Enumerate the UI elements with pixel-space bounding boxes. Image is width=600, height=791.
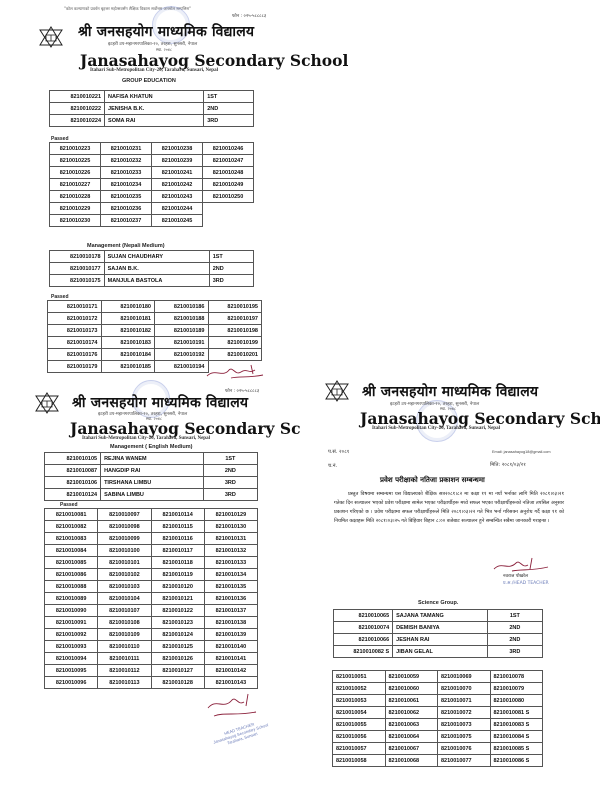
rank-cell: 1ST <box>203 453 257 465</box>
passed-row: 8210010095821001011282100101278210010142 <box>45 665 258 677</box>
passed-row: 8210010172821001018182100101888210010197 <box>48 313 262 325</box>
roll-number-cell: 8210010125 <box>151 641 204 653</box>
science-passed-table: 8210010051821001005982100100698210010078… <box>332 670 543 767</box>
head-teacher-stamp: HEAD TEACHER Janasahayog Secondary Schoo… <box>211 718 270 750</box>
roll-number-cell: 8210010229 <box>50 203 101 215</box>
roll-number-cell: 8210010225 <box>50 155 101 167</box>
roll-number-cell: 8210010139 <box>204 629 257 641</box>
roll-number-cell: 8210010120 <box>151 581 204 593</box>
school-phone: फोन : ०२५-५८८८८३ <box>232 13 266 19</box>
passed-row: 8210010173821001018282100101898210010198 <box>48 325 262 337</box>
roll-number-cell: 8210010233 <box>101 167 152 179</box>
passed-row: 8210010083821001009982100101168210010131 <box>45 533 258 545</box>
management-nepali-toppers-table: 8210010178SUJAN CHAUDHARY1ST8210010177SA… <box>49 250 254 287</box>
roll-number-cell: 8210010083 <box>45 533 98 545</box>
topper-row: 8210010178SUJAN CHAUDHARY1ST <box>50 251 254 263</box>
roll-number-cell: 8210010230 <box>50 215 101 227</box>
roll-number-cell: 8210010132 <box>204 545 257 557</box>
passed-row: 8210010081821001009782100101148210010129 <box>45 509 258 521</box>
topper-row: 8210010224SOMA RAI3RD <box>50 115 254 127</box>
roll-number-cell: 8210010086 <box>45 569 98 581</box>
roll-number-cell: 8210010073 <box>438 719 491 731</box>
roll-number-cell: 8210010180 <box>101 301 155 313</box>
rank-cell: 3RD <box>203 489 257 501</box>
rank-cell: 2ND <box>487 634 542 646</box>
student-name-cell: MANJULA BASTOLA <box>104 275 209 287</box>
passed-row: 8210010227821001023482100102428210010249 <box>50 179 254 191</box>
roll-number-cell: 8210010116 <box>151 533 204 545</box>
roll-number-cell: 8210010239 <box>152 155 203 167</box>
roll-number-cell: 8210010069 <box>438 671 491 683</box>
roll-number-cell <box>203 215 254 227</box>
roll-number-cell: 8210010090 <box>45 605 98 617</box>
topper-row: 8210010074DEMISH BANIYA2ND <box>334 622 543 634</box>
passed-row: 8210010054821001006282100100728210010081… <box>333 707 543 719</box>
rank-cell: 1ST <box>204 91 254 103</box>
roll-number-cell: 8210010138 <box>204 617 257 629</box>
roll-number-cell: 8210010224 <box>50 115 105 127</box>
passed-row: 8210010225821001023282100102398210010247 <box>50 155 254 167</box>
school-letterhead: फोन : ०२५-५८८८८३ श्री जनसहयोग माध्यमिक व… <box>0 380 300 440</box>
roll-number-cell: 8210010058 <box>333 755 386 767</box>
roll-number-cell: 8210010201 <box>208 349 262 361</box>
school-address-english: Itahari Sub-Metropolitan City-20, Taraha… <box>90 68 218 73</box>
roll-number-cell: 8210010059 <box>385 671 438 683</box>
roll-number-cell: 8210010057 <box>333 743 386 755</box>
roll-number-cell: 8210010064 <box>385 731 438 743</box>
roll-number-cell: 8210010062 <box>385 707 438 719</box>
topper-row: 8210010105REJINA WANEM1ST <box>45 453 258 465</box>
passed-row: 8210010228821001023582100102438210010250 <box>50 191 254 203</box>
roll-number-cell: 8210010181 <box>101 313 155 325</box>
student-name-cell: REJINA WANEM <box>101 453 204 465</box>
rank-cell: 1ST <box>487 610 542 622</box>
roll-number-cell: 8210010231 <box>101 143 152 155</box>
roll-number-cell: 8210010076 <box>438 743 491 755</box>
school-email: Email: janasahayog18@gmail.com <box>492 450 551 454</box>
section-title-education: GROUP EDUCATION <box>122 78 176 84</box>
roll-number-cell: 8210010081 S <box>490 707 543 719</box>
roll-number-cell: 8210010127 <box>151 665 204 677</box>
school-address-nepali: इटहरी उप-महानगरपालिका-२०, तरहरा, सुनसरी,… <box>98 411 187 417</box>
roll-number-cell: 8210010105 <box>45 453 101 465</box>
roll-number-cell: 8210010123 <box>151 617 204 629</box>
roll-number-cell: 8210010175 <box>50 275 105 287</box>
roll-number-cell: 8210010070 <box>438 683 491 695</box>
school-name-nepali: श्री जनसहयोग माध्यमिक विद्यालय <box>72 393 248 412</box>
roll-number-cell: 8210010121 <box>151 593 204 605</box>
topper-row: 8210010124SABINA LIMBU3RD <box>45 489 258 501</box>
roll-number-cell: 8210010080 <box>490 695 543 707</box>
management-english-passed-table: 8210010081821001009782100101148210010129… <box>44 508 258 689</box>
roll-number-cell: 8210010071 <box>438 695 491 707</box>
topper-row: 8210010066JESHAN RAI2ND <box>334 634 543 646</box>
roll-number-cell: 8210010106 <box>45 477 101 489</box>
roll-number-cell: 8210010107 <box>98 605 151 617</box>
passed-row: 8210010053821001006182100100718210010080 <box>333 695 543 707</box>
roll-number-cell: 8210010247 <box>203 155 254 167</box>
star-book-emblem-icon <box>324 380 350 402</box>
signer-title: प्र.अ./HEAD TEACHER <box>503 580 549 586</box>
passed-row: 8210010226821001023382100102418210010248 <box>50 167 254 179</box>
roll-number-cell: 8210010131 <box>204 533 257 545</box>
student-name-cell: DEMISH BANIYA <box>393 622 488 634</box>
topper-row: 8210010221NAFISA KHATUN1ST <box>50 91 254 103</box>
roll-number-cell: 8210010249 <box>203 179 254 191</box>
roll-number-cell: 8210010246 <box>203 143 254 155</box>
school-address-nepali: इटहरी उप-महानगरपालिका-२०, तरहरा, सुनसरी,… <box>390 401 479 407</box>
letter-subject: प्रवेश परीक्षाको नतिजा प्रकाशन सम्बन्धमा <box>380 476 485 485</box>
student-name-cell: SOMA RAI <box>105 115 204 127</box>
roll-number-cell: 8210010250 <box>203 191 254 203</box>
roll-number-cell: 8210010182 <box>101 325 155 337</box>
roll-number-cell: 8210010221 <box>50 91 105 103</box>
passed-row: 8210010052821001006082100100708210010079 <box>333 683 543 695</box>
roll-number-cell: 8210010108 <box>98 617 151 629</box>
rank-cell: 3RD <box>204 115 254 127</box>
roll-number-cell: 8210010137 <box>204 605 257 617</box>
topper-row: 8210010222JENISHA B.K.2ND <box>50 103 254 115</box>
roll-number-cell: 8210010174 <box>48 337 102 349</box>
roll-number-cell: 8210010244 <box>152 203 203 215</box>
roll-number-cell: 8210010078 <box>490 671 543 683</box>
roll-number-cell: 8210010141 <box>204 653 257 665</box>
school-name-nepali: श्री जनसहयोग माध्यमिक विद्यालय <box>78 22 254 41</box>
rank-cell: 3RD <box>487 646 542 658</box>
roll-number-cell: 8210010171 <box>48 301 102 313</box>
passed-row: 8210010094821001011182100101268210010141 <box>45 653 258 665</box>
roll-number-cell: 8210010133 <box>204 557 257 569</box>
roll-number-cell: 8210010061 <box>385 695 438 707</box>
roll-number-cell: 8210010068 <box>385 755 438 767</box>
result-page-management-english: फोन : ०२५-५८८८८३ श्री जनसहयोग माध्यमिक व… <box>0 380 300 791</box>
roll-number-cell: 8210010051 <box>333 671 386 683</box>
roll-number-cell: 8210010099 <box>98 533 151 545</box>
roll-number-cell: 8210010081 <box>45 509 98 521</box>
education-passed-table: 8210010223821001023182100102388210010246… <box>49 142 254 227</box>
rank-cell: 3RD <box>203 477 257 489</box>
roll-number-cell: 8210010237 <box>101 215 152 227</box>
star-book-emblem-icon <box>38 26 64 48</box>
school-letterhead: श्री जनसहयोग माध्यमिक विद्यालय इटहरी उप-… <box>300 370 600 440</box>
roll-number-cell: 8210010184 <box>101 349 155 361</box>
roll-number-cell: 8210010124 <box>151 629 204 641</box>
roll-number-cell: 8210010192 <box>155 349 209 361</box>
roll-number-cell: 8210010086 S <box>490 755 543 767</box>
roll-number-cell: 8210010198 <box>208 325 262 337</box>
school-name-nepali: श्री जनसहयोग माध्यमिक विद्यालय <box>362 382 538 401</box>
roll-number-cell: 8210010089 <box>45 593 98 605</box>
roll-number-cell: 8210010093 <box>45 641 98 653</box>
science-toppers-table: 8210010065SAJANA TAMANG1ST8210010074DEMI… <box>333 609 543 658</box>
roll-number-cell: 8210010143 <box>204 677 257 689</box>
rank-cell: 2ND <box>204 103 254 115</box>
roll-number-cell: 8210010194 <box>155 361 209 373</box>
roll-number-cell: 8210010113 <box>98 677 151 689</box>
passed-row: 8210010171821001018082100101868210010195 <box>48 301 262 313</box>
passed-row: 8210010082821001009882100101158210010130 <box>45 521 258 533</box>
star-book-emblem-icon <box>34 392 60 414</box>
student-name-cell: SAJAN B.K. <box>104 263 209 275</box>
roll-number-cell: 8210010082 <box>45 521 98 533</box>
roll-number-cell <box>203 203 254 215</box>
roll-number-cell: 8210010098 <box>98 521 151 533</box>
student-name-cell: NAFISA KHATUN <box>105 91 204 103</box>
roll-number-cell: 8210010128 <box>151 677 204 689</box>
roll-number-cell: 8210010052 <box>333 683 386 695</box>
rank-cell: 1ST <box>209 251 253 263</box>
passed-row: 8210010093821001011082100101258210010140 <box>45 641 258 653</box>
rank-cell: 3RD <box>209 275 253 287</box>
topper-row: 8210010106TIRSHANA LIMBU3RD <box>45 477 258 489</box>
roll-number-cell: 8210010177 <box>50 263 105 275</box>
roll-number-cell: 8210010241 <box>152 167 203 179</box>
roll-number-cell: 8210010084 <box>45 545 98 557</box>
roll-number-cell: 8210010140 <box>204 641 257 653</box>
roll-number-cell: 8210010094 <box>45 653 98 665</box>
management-english-toppers-table: 8210010105REJINA WANEM1ST8210010087HANGD… <box>44 452 258 501</box>
roll-number-cell: 8210010074 <box>334 622 393 634</box>
roll-number-cell: 8210010186 <box>155 301 209 313</box>
roll-number-cell: 8210010188 <box>155 313 209 325</box>
roll-number-cell: 8210010083 S <box>490 719 543 731</box>
signature <box>205 362 275 382</box>
roll-number-cell: 8210010085 S <box>490 743 543 755</box>
passed-row: 8210010085821001010182100101188210010133 <box>45 557 258 569</box>
passed-row: 8210010174821001018382100101918210010199 <box>48 337 262 349</box>
result-notice-page-science: श्री जनसहयोग माध्यमिक विद्यालय इटहरी उप-… <box>300 370 600 791</box>
student-name-cell: TIRSHANA LIMBU <box>101 477 204 489</box>
roll-number-cell: 8210010189 <box>155 325 209 337</box>
roll-number-cell: 8210010065 <box>334 610 393 622</box>
passed-row: 8210010057821001006782100100768210010085… <box>333 743 543 755</box>
student-name-cell: JENISHA B.K. <box>105 103 204 115</box>
roll-number-cell: 8210010179 <box>48 361 102 373</box>
roll-number-cell: 8210010077 <box>438 755 491 767</box>
letter-body: प्रस्तुत विषयमा सम्बन्धमा यस विद्यालयको … <box>334 490 564 526</box>
student-name-cell: JESHAN RAI <box>393 634 488 646</box>
passed-row: 8210010084821001010082100101178210010132 <box>45 545 258 557</box>
passed-row: 8210010096821001011382100101288210010143 <box>45 677 258 689</box>
roll-number-cell: 8210010060 <box>385 683 438 695</box>
rank-cell: 2ND <box>203 465 257 477</box>
roll-number-cell: 8210010136 <box>204 593 257 605</box>
roll-number-cell: 8210010114 <box>151 509 204 521</box>
roll-number-cell: 8210010087 <box>45 465 101 477</box>
roll-number-cell: 8210010095 <box>45 665 98 677</box>
roll-number-cell: 8210010088 <box>45 581 98 593</box>
rank-cell: 2ND <box>487 622 542 634</box>
roll-number-cell: 8210010085 <box>45 557 98 569</box>
passed-row: 8210010092821001010982100101248210010139 <box>45 629 258 641</box>
result-page-education-management-nepali: "कोल कल्याणको प्रवर्धन बृहत्तर महोत्सवसँ… <box>0 0 300 380</box>
dispatch-number: च.नं. <box>328 463 337 469</box>
roll-number-cell: 8210010082 S <box>334 646 393 658</box>
student-name-cell: HANGDIP RAI <box>101 465 204 477</box>
roll-number-cell: 8210010234 <box>101 179 152 191</box>
roll-number-cell: 8210010053 <box>333 695 386 707</box>
roll-number-cell: 8210010100 <box>98 545 151 557</box>
roll-number-cell: 8210010055 <box>333 719 386 731</box>
passed-row: 8210010056821001006482100100758210010084… <box>333 731 543 743</box>
student-name-cell: JIBAN GELAL <box>393 646 488 658</box>
roll-number-cell: 8210010115 <box>151 521 204 533</box>
roll-number-cell: 8210010072 <box>438 707 491 719</box>
roll-number-cell: 8210010134 <box>204 569 257 581</box>
roll-number-cell: 8210010223 <box>50 143 101 155</box>
roll-number-cell: 8210010222 <box>50 103 105 115</box>
roll-number-cell: 8210010191 <box>155 337 209 349</box>
roll-number-cell: 8210010232 <box>101 155 152 167</box>
school-address-nepali: इटहरी उप-महानगरपालिका-२०, तरहरा, सुनसरी,… <box>108 41 197 47</box>
passed-row: 8210010089821001010482100101218210010136 <box>45 593 258 605</box>
roll-number-cell: 8210010195 <box>208 301 262 313</box>
passed-row: 8210010086821001010282100101198210010134 <box>45 569 258 581</box>
roll-number-cell: 8210010235 <box>101 191 152 203</box>
passed-row: 8210010058821001006882100100778210010086… <box>333 755 543 767</box>
roll-number-cell: 8210010183 <box>101 337 155 349</box>
roll-number-cell: 8210010172 <box>48 313 102 325</box>
topper-row: 8210010175MANJULA BASTOLA3RD <box>50 275 254 287</box>
roll-number-cell: 8210010066 <box>334 634 393 646</box>
signature <box>492 557 552 573</box>
roll-number-cell: 8210010245 <box>152 215 203 227</box>
roll-number-cell: 8210010176 <box>48 349 102 361</box>
student-name-cell: SAJANA TAMANG <box>393 610 488 622</box>
roll-number-cell: 8210010238 <box>152 143 203 155</box>
roll-number-cell: 8210010126 <box>151 653 204 665</box>
section-title-management-english: Management ( English Medium) <box>110 444 193 450</box>
roll-number-cell: 8210010243 <box>152 191 203 203</box>
school-address-english: Itahari Sub-Metropolitan City-20, Taraha… <box>82 436 210 441</box>
roll-number-cell: 8210010117 <box>151 545 204 557</box>
roll-number-cell: 8210010063 <box>385 719 438 731</box>
signature <box>206 692 266 720</box>
roll-number-cell: 8210010135 <box>204 581 257 593</box>
passed-row: 8210010051821001005982100100698210010078 <box>333 671 543 683</box>
roll-number-cell: 8210010097 <box>98 509 151 521</box>
roll-number-cell: 8210010092 <box>45 629 98 641</box>
roll-number-cell: 8210010084 S <box>490 731 543 743</box>
topper-row: 8210010065SAJANA TAMANG1ST <box>334 610 543 622</box>
education-toppers-table: 8210010221NAFISA KHATUN1ST8210010222JENI… <box>49 90 254 127</box>
roll-number-cell: 8210010236 <box>101 203 152 215</box>
reference-number: प.सं. २०८१ <box>328 449 349 455</box>
roll-number-cell: 8210010248 <box>203 167 254 179</box>
roll-number-cell: 8210010185 <box>101 361 155 373</box>
roll-number-cell: 8210010118 <box>151 557 204 569</box>
roll-number-cell: 8210010173 <box>48 325 102 337</box>
roll-number-cell: 8210010228 <box>50 191 101 203</box>
passed-row: 8210010090821001010782100101228210010137 <box>45 605 258 617</box>
roll-number-cell: 8210010091 <box>45 617 98 629</box>
roll-number-cell: 8210010226 <box>50 167 101 179</box>
passed-row: 8210010223821001023182100102388210010246 <box>50 143 254 155</box>
roll-number-cell: 8210010119 <box>151 569 204 581</box>
topper-row: 8210010177SAJAN B.K.2ND <box>50 263 254 275</box>
roll-number-cell: 8210010110 <box>98 641 151 653</box>
student-name-cell: SUJAN CHAUDHARY <box>104 251 209 263</box>
school-letterhead: "कोल कल्याणको प्रवर्धन बृहत्तर महोत्सवसँ… <box>0 0 300 72</box>
passed-row: 8210010055821001006382100100738210010083… <box>333 719 543 731</box>
signer-name: नवराज पोखरेल <box>503 573 528 579</box>
roll-number-cell: 8210010104 <box>98 593 151 605</box>
roll-number-cell: 8210010112 <box>98 665 151 677</box>
roll-number-cell: 8210010111 <box>98 653 151 665</box>
roll-number-cell: 8210010178 <box>50 251 105 263</box>
roll-number-cell: 8210010101 <box>98 557 151 569</box>
roll-number-cell: 8210010199 <box>208 337 262 349</box>
roll-number-cell: 8210010197 <box>208 313 262 325</box>
school-address-english: Itahari Sub-Metropolitan City-20, Taraha… <box>372 426 500 431</box>
section-title-management-nepali: Management (Nepali Medium) <box>87 243 165 249</box>
roll-number-cell: 8210010129 <box>204 509 257 521</box>
roll-number-cell: 8210010056 <box>333 731 386 743</box>
roll-number-cell: 8210010102 <box>98 569 151 581</box>
passed-row: 821001022982100102368210010244 <box>50 203 254 215</box>
roll-number-cell: 8210010103 <box>98 581 151 593</box>
roll-number-cell: 8210010079 <box>490 683 543 695</box>
roll-number-cell: 8210010242 <box>152 179 203 191</box>
letter-date: मिति: २०८१/०३/२१ <box>490 462 526 468</box>
roll-number-cell: 8210010122 <box>151 605 204 617</box>
roll-number-cell: 8210010227 <box>50 179 101 191</box>
topper-row: 8210010087HANGDIP RAI2ND <box>45 465 258 477</box>
topper-row: 8210010082 SJIBAN GELAL3RD <box>334 646 543 658</box>
roll-number-cell: 8210010109 <box>98 629 151 641</box>
roll-number-cell: 8210010096 <box>45 677 98 689</box>
student-name-cell: SABINA LIMBU <box>101 489 204 501</box>
passed-row: 821001023082100102378210010245 <box>50 215 254 227</box>
roll-number-cell: 8210010054 <box>333 707 386 719</box>
passed-row: 8210010176821001018482100101928210010201 <box>48 349 262 361</box>
roll-number-cell: 8210010124 <box>45 489 101 501</box>
roll-number-cell: 8210010142 <box>204 665 257 677</box>
roll-number-cell: 8210010067 <box>385 743 438 755</box>
passed-row: 8210010091821001010882100101238210010138 <box>45 617 258 629</box>
section-title-science: Science Group. <box>418 600 458 606</box>
roll-number-cell: 8210010130 <box>204 521 257 533</box>
rank-cell: 2ND <box>209 263 253 275</box>
passed-row: 8210010088821001010382100101208210010135 <box>45 581 258 593</box>
roll-number-cell: 8210010075 <box>438 731 491 743</box>
